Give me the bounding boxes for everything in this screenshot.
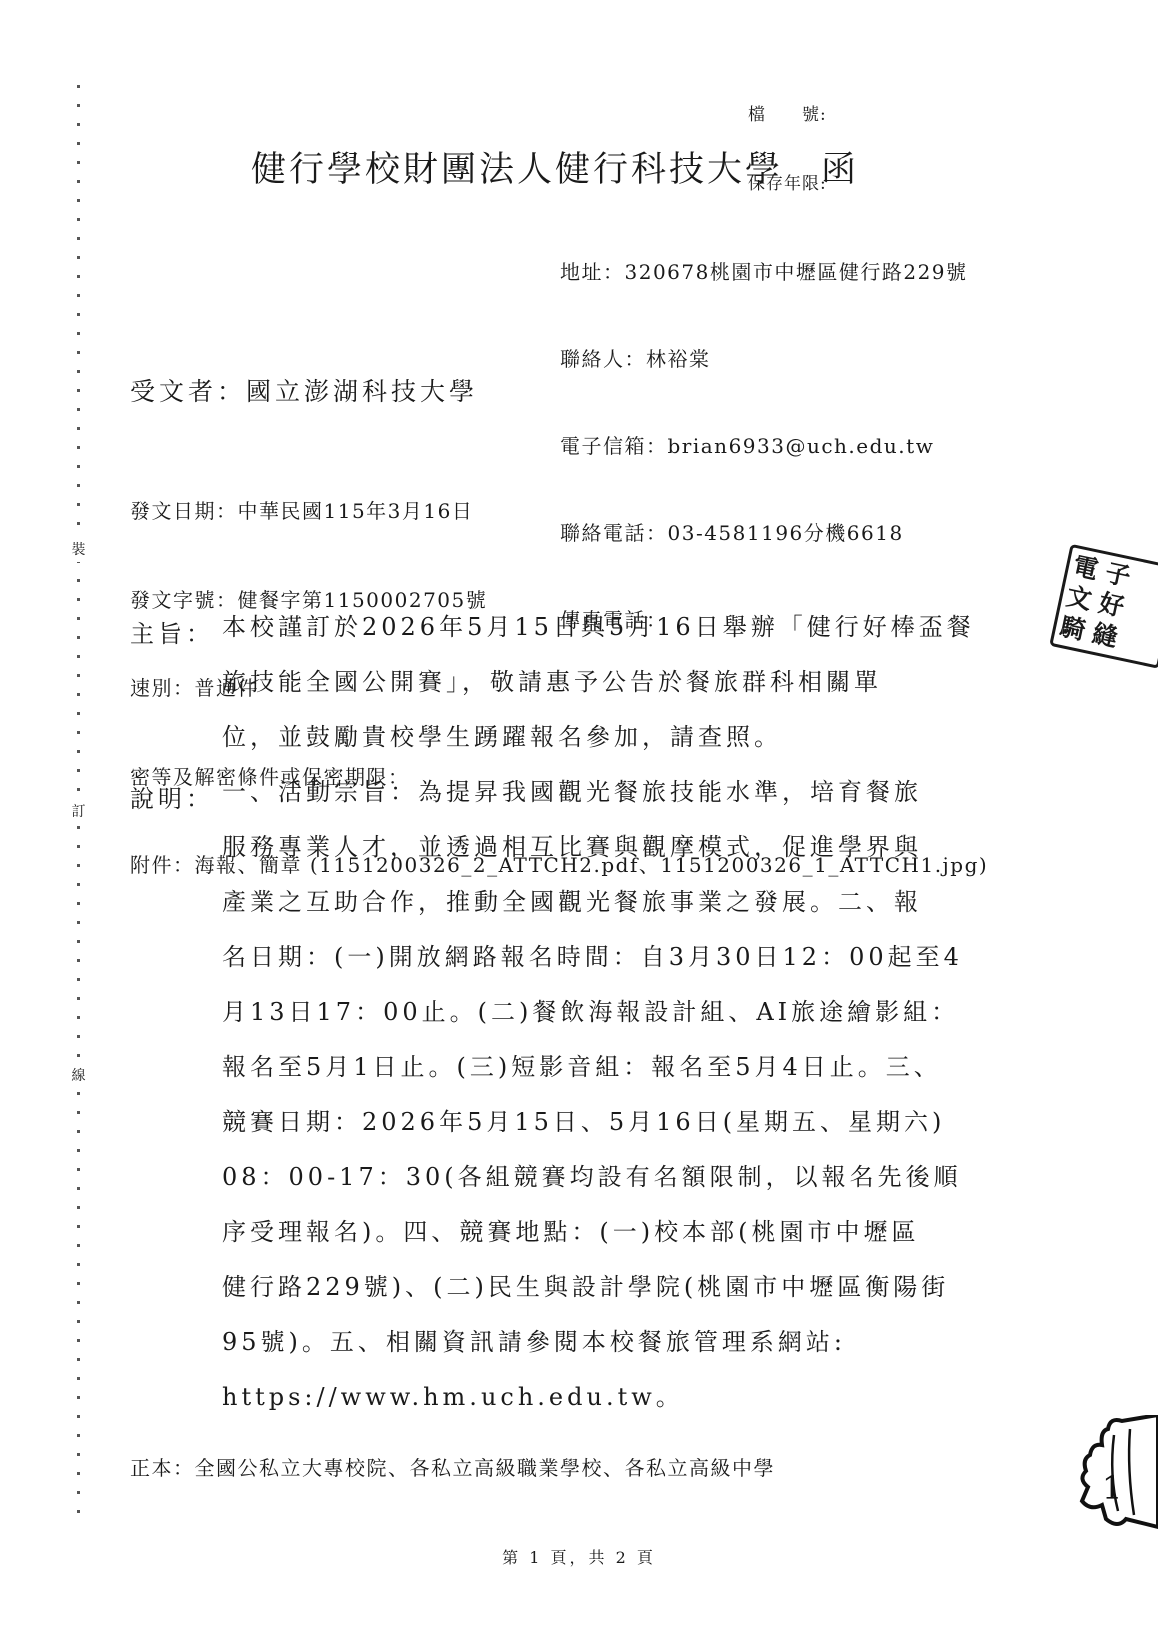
document-title: 健行學校財團法人健行科技大學 函: [0, 142, 1110, 192]
ink-stamp-shape: 1: [1062, 1415, 1158, 1535]
official-letter-page: 裝 訂 線 檔 號: 保存年限: 健行學校財團法人健行科技大學 函 地址：320…: [0, 0, 1158, 1649]
description-text: 一、活動宗旨：為提昇我國觀光餐旅技能水準，培育餐旅 服務專業人才，並透過相互比賽…: [222, 765, 963, 1425]
subject-text: 本校謹訂於2026年5月15日與5月16日舉辦「健行好棒盃餐 旅技能全國公開賽」…: [222, 600, 975, 765]
ink-stamp-number: 1: [1102, 1469, 1122, 1507]
issue-date: 發文日期：中華民國115年3月16日: [130, 497, 988, 527]
sender-contact-person: 聯絡人：林裕棠: [560, 345, 968, 374]
ink-stamp-partial: 1: [1062, 1415, 1158, 1535]
file-number-label: 檔 號:: [748, 104, 827, 127]
sender-address: 地址：320678桃園市中壢區健行路229號: [560, 258, 968, 287]
page-number-footer: 第 1 頁，共 2 頁: [0, 1545, 1158, 1568]
description-label: 說明：: [130, 779, 214, 814]
original-copy-line: 正本：全國公私立大專校院、各私立高級職業學校、各私立高級中學: [130, 1452, 775, 1481]
binding-mark-ding: 訂: [70, 800, 87, 824]
binding-mark-xian: 線: [70, 1064, 87, 1088]
electronic-exchange-stamp: 電子 文好 騎縫: [1049, 544, 1158, 669]
binding-mark-zhuang: 裝: [70, 538, 87, 562]
recipient-line: 受文者：國立澎湖科技大學: [130, 372, 478, 408]
subject-label: 主旨：: [130, 614, 214, 649]
